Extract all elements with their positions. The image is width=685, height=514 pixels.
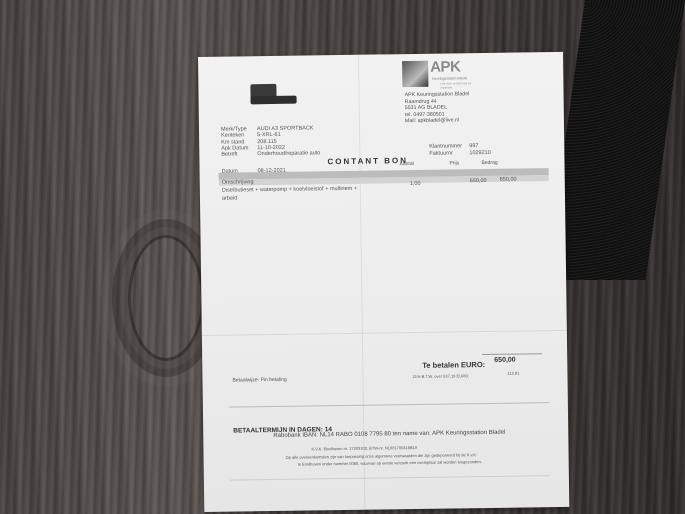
conditions-line-2: te Eindhoven onder nummer 5060, waarvan … [298,459,482,467]
customer-info: Klantnummer997 Faktuurnr1029210 [429,143,491,157]
total-label: Te betalen EURO: [422,360,485,370]
line-description: Distributieset + waterpomp + koelvloeist… [222,186,372,203]
label: Faktuurnr [429,150,469,157]
logo-photo [402,61,428,87]
header-price: Prijs [449,160,481,166]
line-qty: 1,00 [410,181,421,187]
total-value: 650,00 [494,357,516,364]
invoice-number: 1029210 [469,149,491,156]
total-divider [482,353,542,355]
fold-line-horizontal [202,330,567,336]
footer: BETAALTERMIJN IN DAGEN: 14 Rabobank IBAN… [229,402,550,480]
car-image [250,84,298,107]
vehicle-info: Merk/TypeAUDI A3 SPORTBACK Kenteken5-XRL… [221,125,320,158]
chair-mesh [546,0,685,280]
line-price: 650,00 [470,178,487,184]
company-email: Mail: apkbladel@live.nl [405,117,470,124]
subject: Onderhoud/reparatie auto [257,150,320,157]
header-amount: Bedrag [481,160,497,166]
vat-label: 21% B.T.W. over 537,19 EURO: [412,373,469,379]
company-name: APK Keuringsstation Bladel [405,91,470,98]
vat-value: 112,81 [507,371,519,376]
logo-text: APK [430,58,460,75]
table-header: Aantal Prijs Bedrag [399,160,497,167]
line-amount: 650,00 [500,177,517,183]
company-address: APK Keuringsstation Bladel Raamdrug 44 5… [405,91,470,124]
company-logo: APK Keuringsstation Bladel ook voor onde… [402,60,480,89]
logo-tagline: ook voor onderhoud en reparatie [440,81,480,90]
kvk-number: K.V.K. Eindhoven nr. 17203102, BTW-nr. N… [311,445,417,451]
wood-knot [128,235,204,361]
receipt-paper: APK Keuringsstation Bladel ook voor onde… [198,52,569,512]
payment-method: Betaalwijze: Pin betaling [232,377,286,384]
logo-subtitle: Keuringsstation Bladel [432,76,467,80]
header-description: Omschrijving [222,179,254,185]
label: Betreft [221,151,257,158]
document-title: CONTANT BON [327,156,408,166]
header-qty: Aantal [399,160,449,167]
